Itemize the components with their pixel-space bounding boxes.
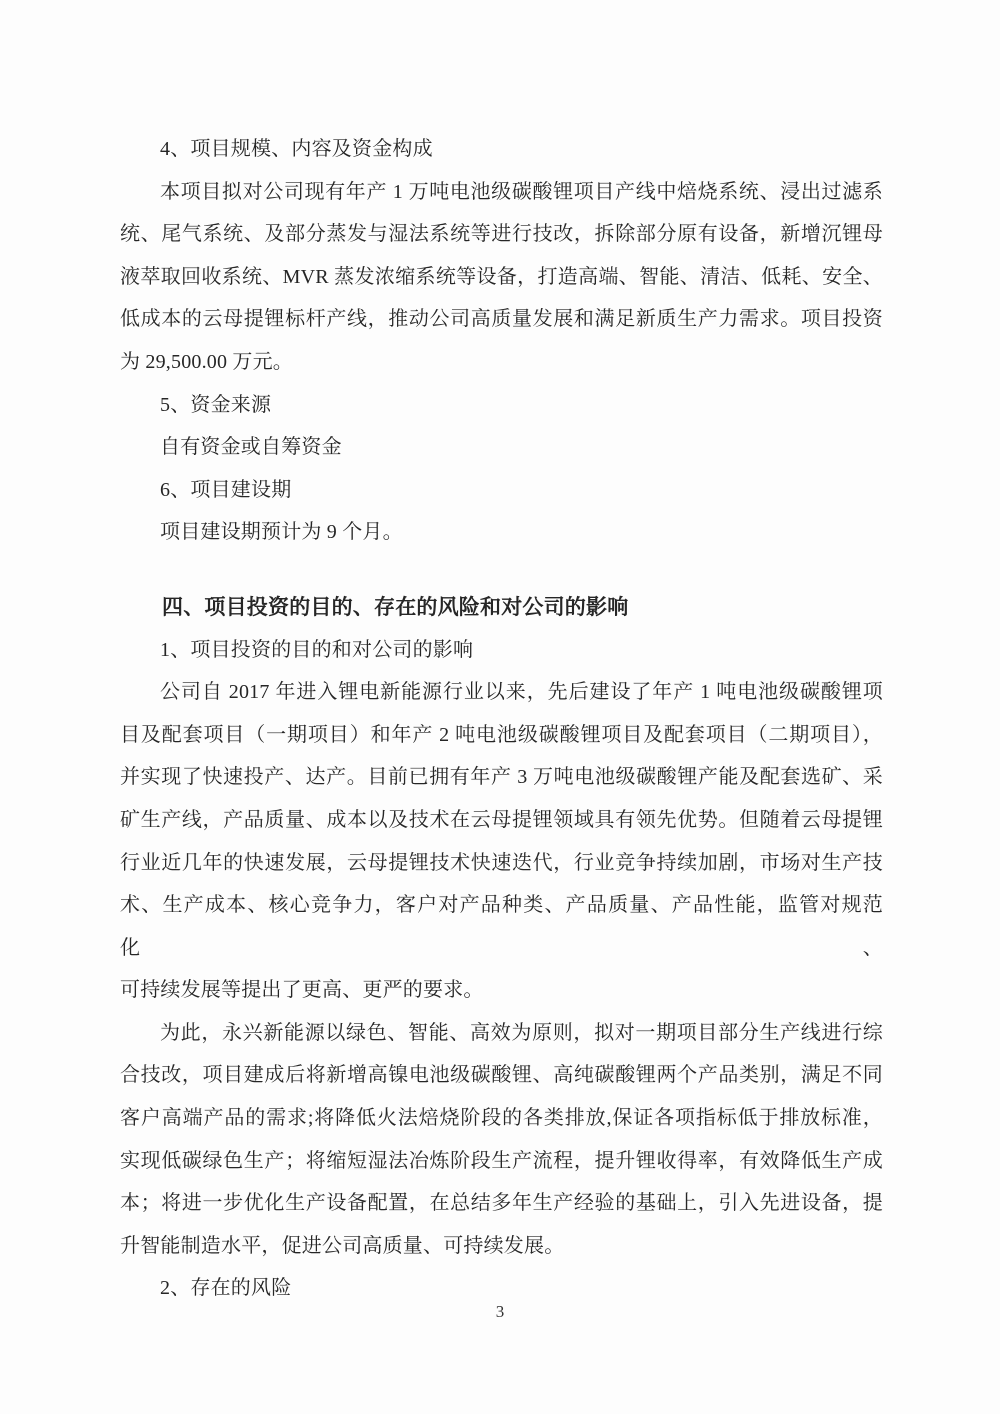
- paragraph-line: 行业近几年的快速发展，云母提锂技术快速迭代，行业竞争持续加剧，市场对生产技: [120, 842, 883, 885]
- paragraph-line: 低成本的云母提锂标杆产线，推动公司高质量发展和满足新质生产力需求。项目投资: [120, 298, 883, 341]
- paragraph-line: 并实现了快速投产、达产。目前已拥有年产 3 万吨电池级碳酸锂产能及配套选矿、采: [120, 756, 883, 799]
- heading-item-1: 1、项目投资的目的和对公司的影响: [120, 629, 883, 672]
- heading-item-4: 4、项目规模、内容及资金构成: [120, 128, 883, 171]
- paragraph-line: 可持续发展等提出了更高、更严的要求。: [120, 969, 883, 1012]
- paragraph-line: 本项目拟对公司现有年产 1 万吨电池级碳酸锂项目产线中焙烧系统、浸出过滤系: [120, 171, 883, 214]
- document-page: 4、项目规模、内容及资金构成本项目拟对公司现有年产 1 万吨电池级碳酸锂项目产线…: [0, 0, 1000, 1414]
- heading-item-5: 5、资金来源: [120, 384, 883, 427]
- paragraph-line: 公司自 2017 年进入锂电新能源行业以来，先后建设了年产 1 吨电池级碳酸锂项: [120, 671, 883, 714]
- heading-item-6: 6、项目建设期: [120, 469, 883, 512]
- paragraph-line: 自有资金或自筹资金: [120, 426, 883, 469]
- paragraph-line: 本；将进一步优化生产设备配置，在总结多年生产经验的基础上，引入先进设备，提: [120, 1182, 883, 1225]
- paragraph-line: 合技改，项目建成后将新增高镍电池级碳酸锂、高纯碳酸锂两个产品类别，满足不同: [120, 1054, 883, 1097]
- paragraph-line: 为 29,500.00 万元。: [120, 341, 883, 384]
- paragraph-line: 液萃取回收系统、MVR 蒸发浓缩系统等设备，打造高端、智能、清洁、低耗、安全、: [120, 256, 883, 299]
- paragraph-line: 目及配套项目（一期项目）和年产 2 吨电池级碳酸锂项目及配套项目（二期项目），: [120, 714, 883, 757]
- paragraph-line: 升智能制造水平，促进公司高质量、可持续发展。: [120, 1225, 883, 1268]
- paragraph-line: 矿生产线，产品质量、成本以及技术在云母提锂领域具有领先优势。但随着云母提锂: [120, 799, 883, 842]
- section-heading-4: 四、项目投资的目的、存在的风险和对公司的影响: [120, 586, 883, 629]
- document-body: 4、项目规模、内容及资金构成本项目拟对公司现有年产 1 万吨电池级碳酸锂项目产线…: [120, 128, 883, 1310]
- paragraph-line: 实现低碳绿色生产；将缩短湿法冶炼阶段生产流程，提升锂收得率，有效降低生产成: [120, 1140, 883, 1183]
- paragraph-line: 为此，永兴新能源以绿色、智能、高效为原则，拟对一期项目部分生产线进行综: [120, 1012, 883, 1055]
- paragraph-line: 统、尾气系统、及部分蒸发与湿法系统等进行技改，拆除部分原有设备，新增沉锂母: [120, 213, 883, 256]
- paragraph-line: 项目建设期预计为 9 个月。: [120, 511, 883, 554]
- paragraph-line: 术、生产成本、核心竞争力，客户对产品种类、产品质量、产品性能，监管对规范化、: [120, 884, 883, 969]
- paragraph-line: 客户高端产品的需求;将降低火法焙烧阶段的各类排放,保证各项指标低于排放标准，: [120, 1097, 883, 1140]
- page-number: 3: [0, 1300, 1000, 1324]
